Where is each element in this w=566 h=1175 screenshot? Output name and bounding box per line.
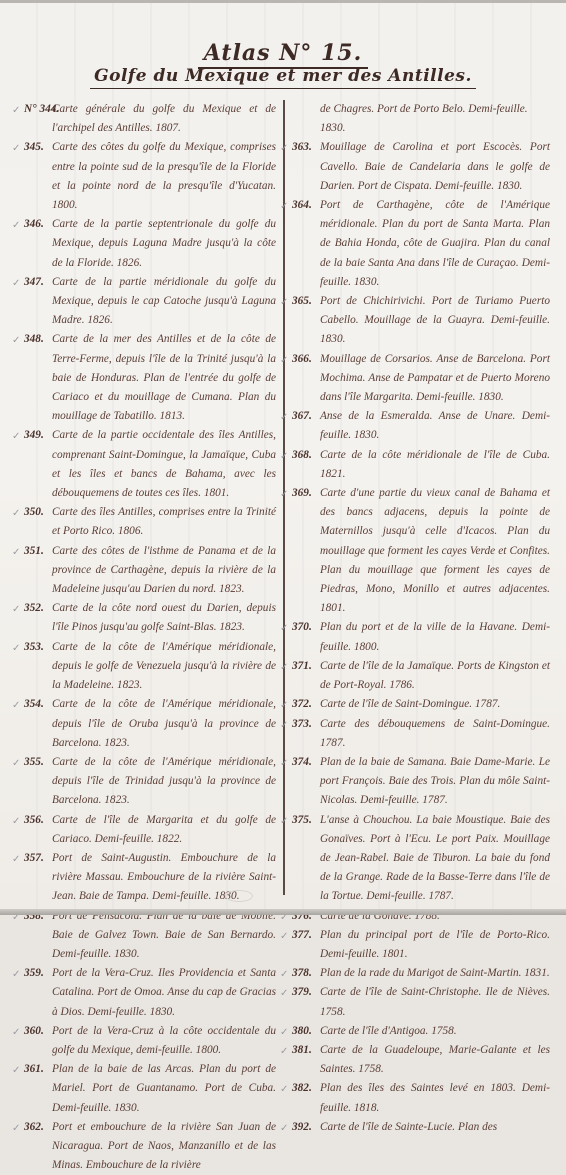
entry-text: Port de Chichirivichi. Port de Turiamo P… [320, 292, 550, 350]
page-title: Atlas N° 15. [0, 40, 566, 66]
entry-number: 368. [292, 446, 312, 465]
entry-text: Carte de la mer des Antilles et de la cô… [52, 330, 276, 426]
catalog-entry: ✓369.Carte d'une partie du vieux canal d… [292, 484, 550, 618]
atlas-subtitle-text: Golfe du Mexique et mer des Antilles. [90, 66, 476, 89]
entry-text: Port de Carthagène, côte de l'Amérique m… [320, 196, 550, 292]
check-mark-icon: ✓ [280, 812, 288, 831]
entry-number: 352. [24, 599, 44, 618]
entry-text: Carte des côtes de l'isthme de Panama et… [52, 542, 276, 600]
entry-text: Carte des côtes du golfe du Mexique, com… [52, 138, 276, 215]
catalog-entry: ✓366.Mouillage de Corsarios. Anse de Bar… [292, 350, 550, 408]
check-mark-icon: ✓ [280, 197, 288, 216]
entry-text: Carte d'une partie du vieux canal de Bah… [320, 484, 550, 618]
check-mark-icon: ✓ [280, 293, 288, 312]
catalog-entry: ✓346.Carte de la partie septentrionale d… [24, 215, 276, 273]
entry-text: Carte de l'île de Saint-Domingue. 1787. [320, 695, 550, 714]
check-mark-icon: ✓ [12, 696, 20, 715]
check-mark-icon: ✓ [12, 754, 20, 773]
entry-number: 373. [292, 715, 312, 734]
entry-number: 372. [292, 695, 312, 714]
catalog-entry: ✓345.Carte des côtes du golfe du Mexique… [24, 138, 276, 215]
entry-number: 375. [292, 811, 312, 830]
page-top-edge [0, 0, 566, 3]
check-mark-icon: ✓ [12, 850, 20, 869]
catalog-entry: ✓367.Anse de la Esmeralda. Anse de Unare… [292, 407, 550, 445]
catalog-entry: ✓354.Carte de la côte de l'Amérique méri… [24, 695, 276, 753]
check-mark-icon: ✓ [280, 485, 288, 504]
check-mark-icon: ✓ [280, 658, 288, 677]
entry-text: Carte de la partie septentrionale du gol… [52, 215, 276, 273]
check-mark-icon: ✓ [12, 543, 20, 562]
entry-number: 351. [24, 542, 44, 561]
entry-number: 366. [292, 350, 312, 369]
atlas-title-text: Atlas N° 15. [198, 40, 369, 69]
check-mark-icon: ✓ [280, 716, 288, 735]
entry-number: 346. [24, 215, 44, 234]
entry-text: Carte de la côte de l'Amérique méridiona… [52, 753, 276, 811]
check-mark-icon: ✓ [12, 812, 20, 831]
entry-number: 355. [24, 753, 44, 772]
entry-text: Carte de la côte méridionale de l'île de… [320, 446, 550, 484]
catalog-entry: ✓349.Carte de la partie occidentale des … [24, 426, 276, 503]
entry-text: Carte de la partie occidentale des îles … [52, 426, 276, 503]
entry-text: Mouillage de Corsarios. Anse de Barcelon… [320, 350, 550, 408]
entry-number: 369. [292, 484, 312, 503]
entry-number: 353. [24, 638, 44, 657]
catalog-entry: ✓363.Mouillage de Carolina et port Escoc… [292, 138, 550, 196]
manuscript-page: Atlas N° 15. Golfe du Mexique et mer des… [0, 0, 566, 915]
entry-number: 371. [292, 657, 312, 676]
entry-number: 349. [24, 426, 44, 445]
entry-text: Plan de la baie de Samana. Baie Dame-Mar… [320, 753, 550, 811]
check-mark-icon: ✓ [280, 754, 288, 773]
catalog-entry: ✓348.Carte de la mer des Antilles et de … [24, 330, 276, 426]
entry-number: 356. [24, 811, 44, 830]
check-mark-icon: ✓ [12, 504, 20, 523]
catalog-entry: ✓375.L'anse à Chouchou. La baie Moustiqu… [292, 811, 550, 907]
entry-text: Carte de la côte de l'Amérique méridiona… [52, 695, 276, 753]
check-mark-icon: ✓ [12, 139, 20, 158]
catalog-entry: ✓370.Plan du port et de la ville de la H… [292, 618, 550, 656]
entry-text: Carte de l'île de la Jamaïque. Ports de … [320, 657, 550, 695]
catalog-entry: ✓347.Carte de la partie méridionale du g… [24, 273, 276, 331]
entry-text: Carte des débouquemens de Saint-Domingue… [320, 715, 550, 753]
check-mark-icon: ✓ [280, 408, 288, 427]
page-bottom-edge [0, 909, 566, 915]
entry-number: 374. [292, 753, 312, 772]
entry-number: 350. [24, 503, 44, 522]
entry-text: Carte de l'île de Margarita et du golfe … [52, 811, 276, 849]
check-mark-icon: ✓ [12, 639, 20, 658]
entry-number: 363. [292, 138, 312, 157]
catalog-entry: ✓374.Plan de la baie de Samana. Baie Dam… [292, 753, 550, 811]
entry-text: Carte générale du golfe du Mexique et de… [52, 100, 276, 138]
entry-number: 347. [24, 273, 44, 292]
catalog-entry: ✓350.Carte des îles Antilles, comprises … [24, 503, 276, 541]
check-mark-icon: ✓ [280, 619, 288, 638]
entry-number: 367. [292, 407, 312, 426]
entry-text: Anse de la Esmeralda. Anse de Unare. Dem… [320, 407, 550, 445]
catalog-entry: ✓355.Carte de la côte de l'Amérique méri… [24, 753, 276, 811]
continuation-text: de Chagres. Port de Porto Belo. Demi-feu… [292, 100, 550, 138]
catalog-entry: ✓N° 344.Carte générale du golfe du Mexiq… [24, 100, 276, 138]
page-subtitle: Golfe du Mexique et mer des Antilles. [0, 66, 566, 86]
entry-number: 364. [292, 196, 312, 215]
catalog-entry: ✓371.Carte de l'île de la Jamaïque. Port… [292, 657, 550, 695]
check-mark-icon: ✓ [280, 447, 288, 466]
catalog-entry: ✓364.Port de Carthagène, côte de l'Améri… [292, 196, 550, 292]
catalog-entry: ✓373.Carte des débouquemens de Saint-Dom… [292, 715, 550, 753]
right-column: de Chagres. Port de Porto Belo. Demi-feu… [292, 100, 550, 915]
check-mark-icon: ✓ [280, 351, 288, 370]
catalog-entry: ✓352.Carte de la côte nord ouest du Dari… [24, 599, 276, 637]
check-mark-icon: ✓ [12, 216, 20, 235]
entry-text: Carte de la côte nord ouest du Darien, d… [52, 599, 276, 637]
entry-text: Carte des îles Antilles, comprises entre… [52, 503, 276, 541]
check-mark-icon: ✓ [12, 427, 20, 446]
entry-text: L'anse à Chouchou. La baie Moustique. Ba… [320, 811, 550, 907]
left-column: ✓N° 344.Carte générale du golfe du Mexiq… [24, 100, 276, 915]
entry-number: 348. [24, 330, 44, 349]
entry-number: 370. [292, 618, 312, 637]
check-mark-icon: ✓ [280, 139, 288, 158]
entry-number: 354. [24, 695, 44, 714]
entry-text: Mouillage de Carolina et port Escocès. P… [320, 138, 550, 196]
entry-text: Carte de la côte de l'Amérique méridiona… [52, 638, 276, 696]
entry-number: 357. [24, 849, 44, 868]
entry-number: 365. [292, 292, 312, 311]
catalog-entry: ✓356.Carte de l'île de Margarita et du g… [24, 811, 276, 849]
faint-stamp-mark [225, 890, 253, 902]
entry-text: Plan du port et de la ville de la Havane… [320, 618, 550, 656]
entry-number: 345. [24, 138, 44, 157]
check-mark-icon: ✓ [12, 274, 20, 293]
entry-text: Carte de la partie méridionale du golfe … [52, 273, 276, 331]
check-mark-icon: ✓ [280, 696, 288, 715]
check-mark-icon: ✓ [12, 331, 20, 350]
catalog-entry: ✓365.Port de Chichirivichi. Port de Turi… [292, 292, 550, 350]
catalog-entry: ✓372.Carte de l'île de Saint-Domingue. 1… [292, 695, 550, 714]
catalog-entry: ✓353.Carte de la côte de l'Amérique méri… [24, 638, 276, 696]
catalog-entry: ✓351.Carte des côtes de l'isthme de Pana… [24, 542, 276, 600]
check-mark-icon: ✓ [12, 101, 20, 120]
catalog-entry: ✓368.Carte de la côte méridionale de l'î… [292, 446, 550, 484]
check-mark-icon: ✓ [12, 600, 20, 619]
entry-number: N° 344. [24, 100, 59, 119]
